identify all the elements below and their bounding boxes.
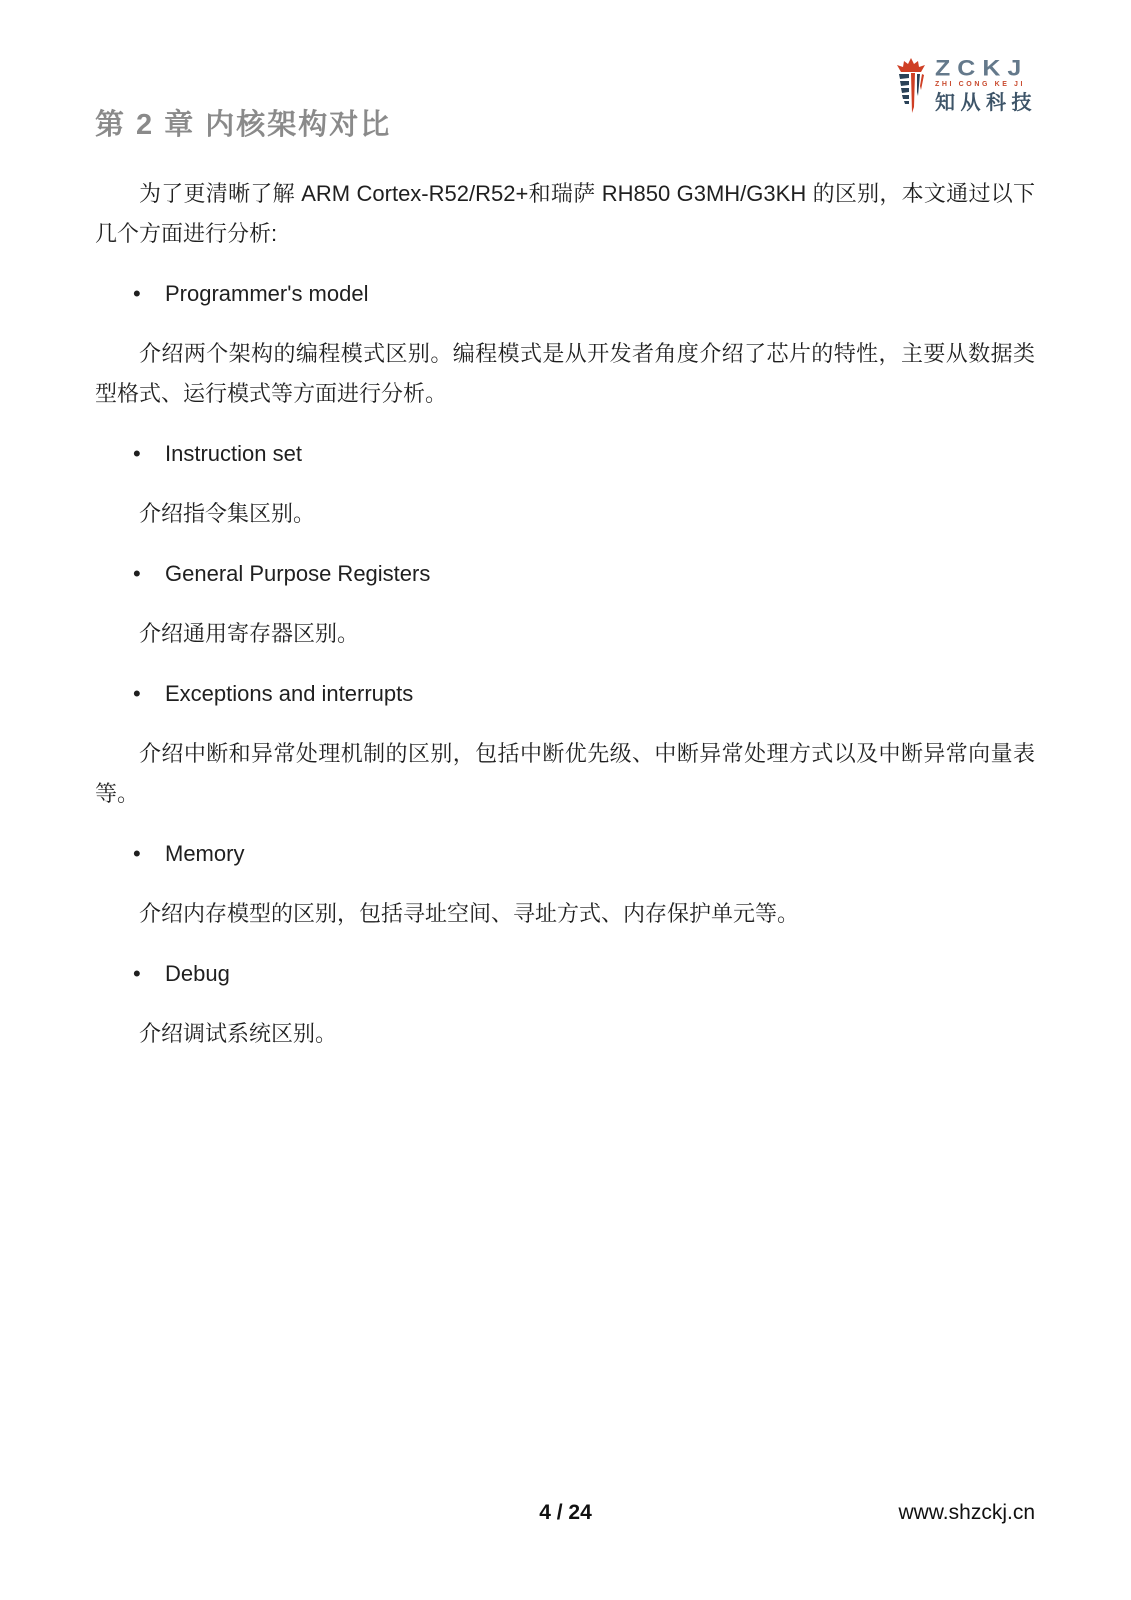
list-item: •Programmer's model (95, 274, 1035, 314)
document-page: ZCKJ ZHI CONG KE JI 知从科技 第 2 章 内核架构对比 为了… (0, 0, 1131, 1600)
section-description: 介绍两个架构的编程模式区别。编程模式是从开发者角度介绍了芯片的特性，主要从数据类… (95, 334, 1035, 414)
list-item-label: Instruction set (165, 441, 302, 466)
logo-brand-pinyin: ZHI CONG KE JI (935, 81, 1037, 89)
list-item-label: Exceptions and interrupts (165, 681, 413, 706)
logo-brand-latin: ZCKJ (935, 58, 1037, 79)
page-footer: 4 / 24 www.shzckj.cn (0, 1498, 1131, 1538)
section-description: 介绍中断和异常处理机制的区别，包括中断优先级、中断异常处理方式以及中断异常向量表… (95, 734, 1035, 814)
logo-brand-chinese: 知从科技 (935, 91, 1037, 115)
list-item-label: General Purpose Registers (165, 561, 430, 586)
bullet-icon: • (133, 954, 165, 994)
list-item: •Instruction set (95, 434, 1035, 474)
list-item-label: Programmer's model (165, 281, 368, 306)
list-item: •Exceptions and interrupts (95, 674, 1035, 714)
section-description: 介绍内存模型的区别，包括寻址空间、寻址方式、内存保护单元等。 (95, 894, 1035, 934)
list-item: •Debug (95, 954, 1035, 994)
bullet-icon: • (133, 274, 165, 314)
bullet-icon: • (133, 834, 165, 874)
section-description: 介绍通用寄存器区别。 (95, 614, 1035, 654)
logo-emblem-icon (894, 58, 928, 115)
section-description: 介绍指令集区别。 (95, 494, 1035, 534)
list-item-label: Memory (165, 841, 244, 866)
intro-paragraph: 为了更清晰了解 ARM Cortex-R52/R52+和瑞萨 RH850 G3M… (95, 174, 1035, 254)
footer-website: www.shzckj.cn (898, 1498, 1035, 1528)
section-description: 介绍调试系统区别。 (95, 1014, 1035, 1054)
logo-text: ZCKJ ZHI CONG KE JI 知从科技 (935, 58, 1037, 115)
bullet-icon: • (133, 674, 165, 714)
bullet-icon: • (133, 554, 165, 594)
bullet-icon: • (133, 434, 165, 474)
company-logo: ZCKJ ZHI CONG KE JI 知从科技 (894, 58, 1037, 115)
list-item: •General Purpose Registers (95, 554, 1035, 594)
list-item-label: Debug (165, 961, 230, 986)
list-item: •Memory (95, 834, 1035, 874)
document-content: 第 2 章 内核架构对比 为了更清晰了解 ARM Cortex-R52/R52+… (0, 0, 1131, 1054)
